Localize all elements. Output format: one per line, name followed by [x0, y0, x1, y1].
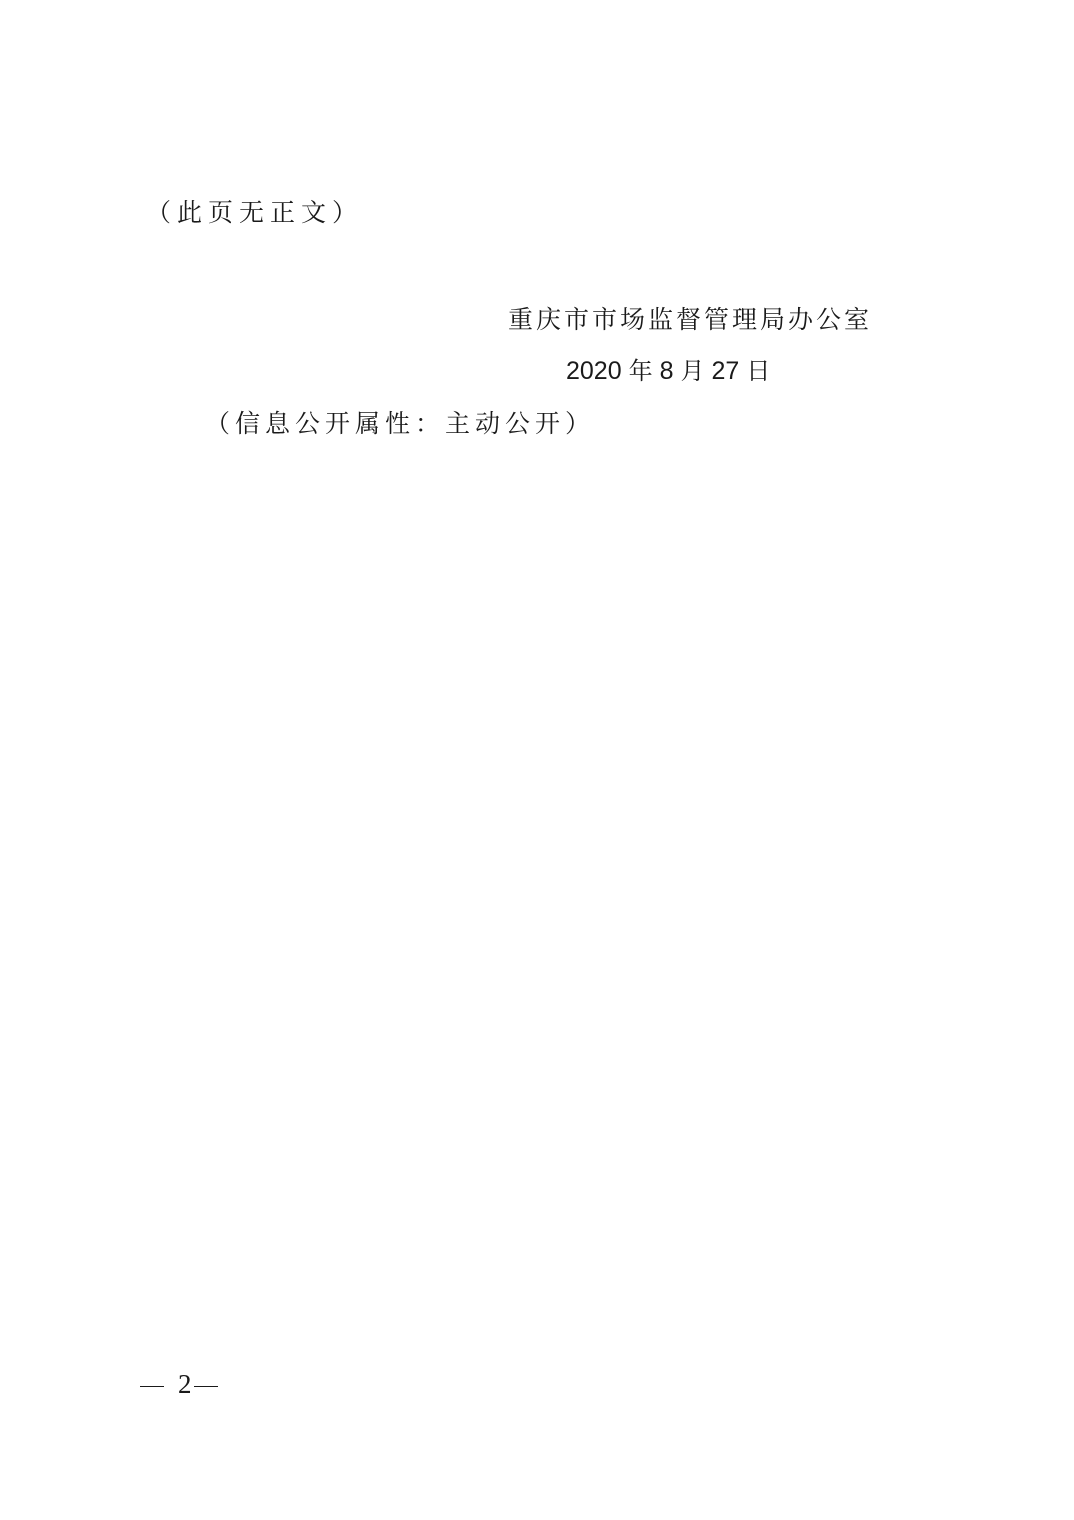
dash-left: [140, 1386, 164, 1387]
date-month: 8: [660, 357, 674, 385]
dash-right: [194, 1386, 218, 1387]
issuer-name: 重庆市市场监督管理局办公室: [508, 305, 872, 335]
disclosure-attribute: （信息公开属性：主动公开）: [205, 409, 595, 439]
no-body-note: （此页无正文）: [146, 198, 363, 228]
date-month-unit: 月: [681, 357, 705, 385]
date-year-unit: 年: [629, 357, 653, 385]
date-day-unit: 日: [746, 357, 770, 385]
page-number: 2: [140, 1369, 218, 1399]
issue-date: 2020年8月27日: [566, 356, 777, 386]
date-year: 2020: [566, 357, 622, 385]
page-number-value: 2: [178, 1369, 192, 1399]
date-day: 27: [712, 357, 740, 385]
